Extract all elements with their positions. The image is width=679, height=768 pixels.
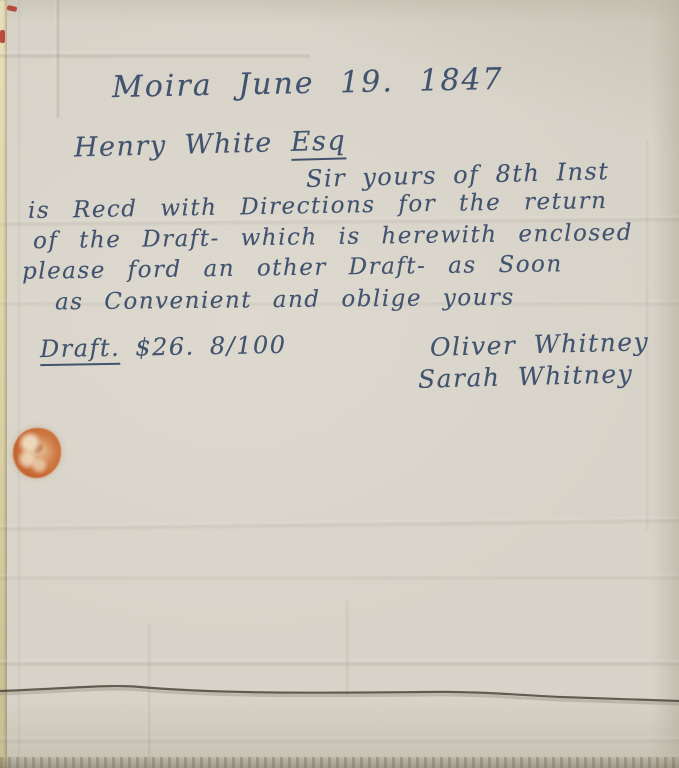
body-line: as Convenient and oblige yours: [55, 285, 515, 316]
amount-note: Draft. $26. 8/100: [40, 331, 287, 363]
signature: Oliver Whitney: [430, 327, 650, 362]
amount-label: Draft.: [40, 334, 121, 366]
recipient-honorific: Esq: [290, 125, 346, 160]
scanned-letter: Moira June 19. 1847 Henry White Esq Sir …: [0, 0, 679, 768]
signature: Sarah Whitney: [418, 359, 634, 394]
worn-bottom-edge: [0, 757, 679, 768]
salutation: Henry White Esq: [74, 125, 347, 163]
amount-value: $26. 8/100: [135, 331, 287, 362]
recipient-name: Henry White: [74, 127, 274, 163]
